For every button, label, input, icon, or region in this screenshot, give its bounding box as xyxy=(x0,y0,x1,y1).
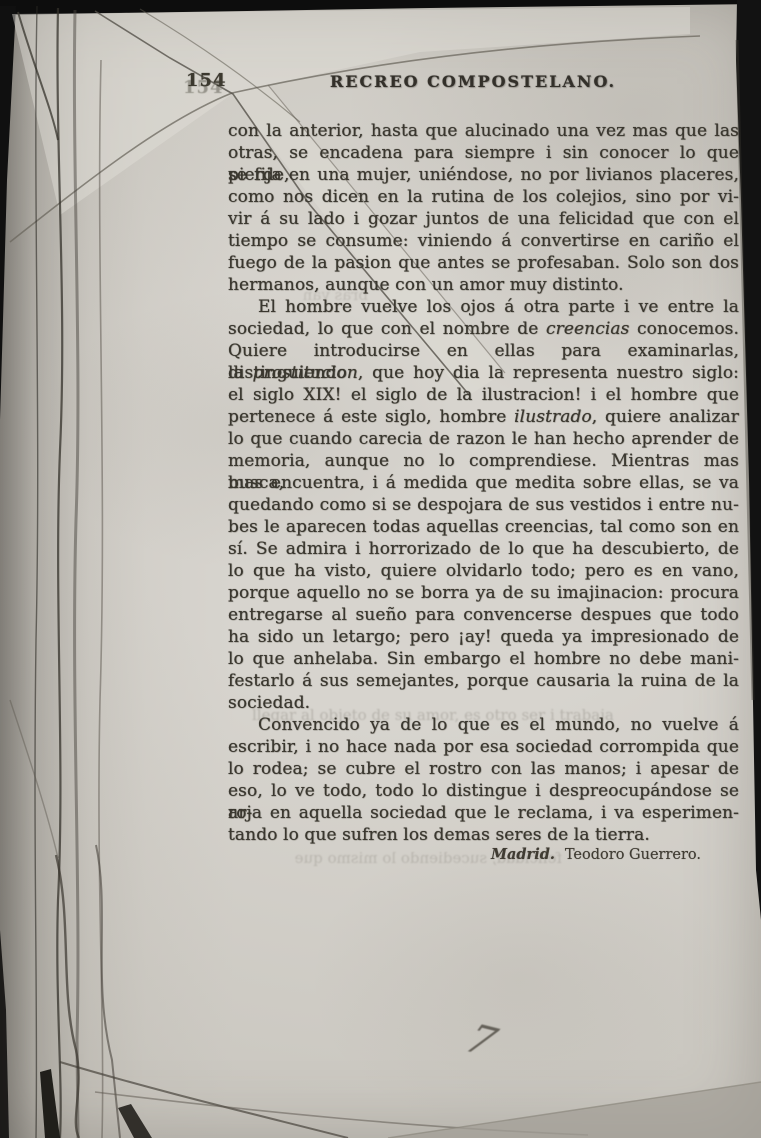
page-number: 154 xyxy=(186,70,227,91)
text-line: sí. Se admira i horrorizado de lo que ha… xyxy=(228,538,739,560)
text-line: el siglo XIX! el siglo de la ilustracion… xyxy=(228,384,739,406)
text-line: Convencido ya de lo que es el mundo, no … xyxy=(228,714,739,736)
text-line: festarlo á sus semejantes, porque causar… xyxy=(228,670,739,692)
text-line: sociedad, lo que con el nombre de creenc… xyxy=(228,318,739,340)
signature-place: Madrid. xyxy=(491,846,555,863)
text-line: quedando como si se despojara de sus ves… xyxy=(228,494,739,516)
text-line: lo rodea; se cubre el rostro con las man… xyxy=(228,758,739,780)
text-line: escribir, i no hace nada por esa socieda… xyxy=(228,736,739,758)
scanned-book-page: llegar al objeto de su amor, es otro ser… xyxy=(0,0,761,1138)
text-line: lo que ha visto, quiere olvidarlo todo; … xyxy=(228,560,739,582)
text-line: lo que cuando carecia de razon le han he… xyxy=(228,428,739,450)
running-title: RECREO COMPOSTELANO. xyxy=(228,72,718,91)
text-line: roja en aquella sociedad que le reclama,… xyxy=(228,802,739,824)
text-line: lo que anhelaba. Sin embargo el hombre n… xyxy=(228,648,739,670)
text-line: tiempo se consume: viniendo á convertirs… xyxy=(228,230,739,252)
text-line: entregarse al sueño para convencerse des… xyxy=(228,604,739,626)
text-line: mas encuentra, i á medida que medita sob… xyxy=(228,472,739,494)
body-text: con la anterior, hasta que alucinado una… xyxy=(228,120,739,846)
text-line: eso, lo ve todo, todo lo distingue i des… xyxy=(228,780,739,802)
text-line: vir á su lado i gozar juntos de una feli… xyxy=(228,208,739,230)
signature-line: Madrid.Teodoro Guerrero. xyxy=(228,846,739,863)
text-line: El hombre vuelve los ojos á otra parte i… xyxy=(228,296,739,318)
text-line: bes le aparecen todas aquellas creencias… xyxy=(228,516,739,538)
text-line: hermanos, aunque con un amor muy distint… xyxy=(228,274,739,296)
text-line: se fija en una mujer, uniéndose, no por … xyxy=(228,164,739,186)
ink-smudge-mark: 7 xyxy=(458,1017,503,1065)
text-line: porque aquello no se borra ya de su imaj… xyxy=(228,582,739,604)
text-line: ha sido un letargo; pero ¡ay! queda ya i… xyxy=(228,626,739,648)
text-line: memoria, aunque no lo comprendiese. Mien… xyxy=(228,450,739,472)
text-line: como nos dicen en la rutina de los colej… xyxy=(228,186,739,208)
text-line: con la anterior, hasta que alucinado una… xyxy=(228,120,739,142)
text-line: pertenece á este siglo, hombre ilustrado… xyxy=(228,406,739,428)
text-line: otras, se encadena para siempre i sin co… xyxy=(228,142,739,164)
printed-text-layer: 154 RECREO COMPOSTELANO. con la anterior… xyxy=(0,0,761,1138)
text-line: la prostitucion, que hoy dia la represen… xyxy=(228,362,739,384)
text-line: sociedad. xyxy=(228,692,739,714)
text-line: Quiere introducirse en ellas para examin… xyxy=(228,340,739,362)
text-line: fuego de la pasion que antes se profesab… xyxy=(228,252,739,274)
text-line: tando lo que sufren los demas seres de l… xyxy=(228,824,739,846)
signature-author: Teodoro Guerrero. xyxy=(565,847,701,863)
